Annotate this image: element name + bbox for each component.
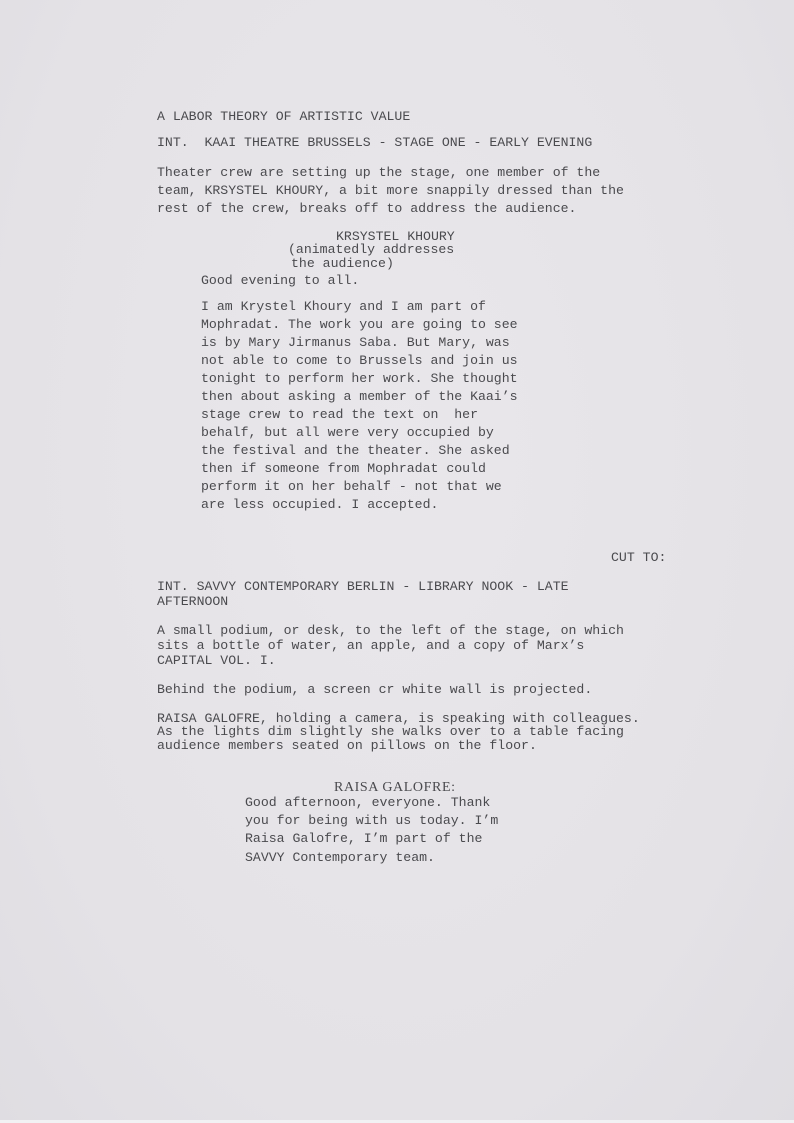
dialogue-line: tonight to perform her work. She thought (201, 370, 518, 388)
dialogue-line: then if someone from Mophradat could (201, 460, 486, 478)
dialogue-line: then about asking a member of the Kaai’s (201, 388, 518, 406)
dialogue-greeting: Good evening to all. (201, 272, 359, 290)
scene2-action-screen: Behind the podium, a screen cr white wal… (157, 681, 592, 699)
action-line: audience members seated on pillows on th… (157, 737, 537, 755)
parenthetical-line: the audience) (291, 255, 394, 273)
action-line: Theater crew are setting up the stage, o… (157, 164, 600, 182)
dialogue-line: you for being with us today. I’m (245, 812, 498, 830)
scene-heading-1: INT. KAAI THEATRE BRUSSELS - STAGE ONE -… (157, 134, 592, 152)
dialogue-line: is by Mary Jirmanus Saba. But Mary, was (201, 334, 510, 352)
action-line: rest of the crew, breaks off to address … (157, 200, 576, 218)
dialogue-line: stage crew to read the text on her (201, 406, 478, 424)
screenplay-title: A LABOR THEORY OF ARTISTIC VALUE (157, 108, 410, 126)
dialogue-line: SAVVY Contemporary team. (245, 849, 435, 867)
dialogue-line: behalf, but all were very occupied by (201, 424, 494, 442)
dialogue-line: are less occupied. I accepted. (201, 496, 438, 514)
dialogue-line: perform it on her behalf - not that we (201, 478, 502, 496)
action-line: team, KRSYSTEL KHOURY, a bit more snappi… (157, 182, 624, 200)
dialogue-line: not able to come to Brussels and join us (201, 352, 518, 370)
dialogue-line: the festival and the theater. She asked (201, 442, 510, 460)
scanned-page: A LABOR THEORY OF ARTISTIC VALUE INT. KA… (0, 0, 794, 1123)
scene-heading-line: AFTERNOON (157, 593, 228, 611)
dialogue-line: Mophradat. The work you are going to see (201, 316, 518, 334)
dialogue-line: Good afternoon, everyone. Thank (245, 794, 490, 812)
action-line: CAPITAL VOL. I. (157, 652, 276, 670)
dialogue-line: I am Krystel Khoury and I am part of (201, 298, 486, 316)
transition-cut-to: CUT TO: (611, 549, 666, 567)
dialogue-line: Raisa Galofre, I’m part of the (245, 830, 482, 848)
